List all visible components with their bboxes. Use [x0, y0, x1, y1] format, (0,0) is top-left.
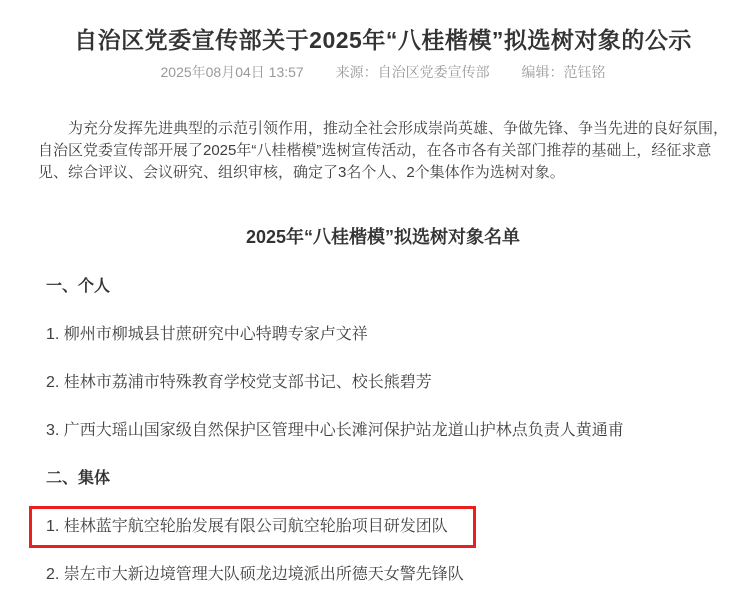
list-title: 2025年“八桂楷模”拟选树对象名单: [38, 225, 728, 250]
list-item-individual-1: 1. 柳州市柳城县甘蔗研究中心特聘专家卢文祥: [46, 324, 728, 346]
highlighted-list-item-collective-1: 1. 桂林蓝宇航空轮胎发展有限公司航空轮胎项目研发团队: [46, 516, 467, 538]
article-meta: 2025年08月04日 13:57 来源：自治区党委宣传部 编辑：范钰铭: [38, 64, 728, 81]
intro-paragraph: 为充分发挥先进典型的示范引领作用，推动全社会形成崇尚英雄、争做先锋、争当先进的良…: [38, 118, 728, 184]
editor-label: 编辑：范钰铭: [522, 64, 606, 80]
source-label: 来源：自治区党委宣传部: [336, 64, 490, 80]
page-title: 自治区党委宣传部关于2025年“八桂楷模”拟选树对象的公示: [38, 0, 728, 55]
section-heading-individuals: 一、个人: [46, 276, 728, 298]
list-item-individual-3: 3. 广西大瑶山国家级自然保护区管理中心长滩河保护站龙道山护林点负责人黄通甫: [46, 420, 728, 442]
announcement-page: 自治区党委宣传部关于2025年“八桂楷模”拟选树对象的公示 2025年08月04…: [0, 0, 750, 615]
highlight-box: 1. 桂林蓝宇航空轮胎发展有限公司航空轮胎项目研发团队: [29, 506, 476, 548]
section-heading-collectives: 二、集体: [46, 468, 728, 490]
publish-datetime: 2025年08月04日 13:57: [161, 64, 304, 80]
list-item-individual-2: 2. 桂林市荔浦市特殊教育学校党支部书记、校长熊碧芳: [46, 372, 728, 394]
list-item-collective-2: 2. 崇左市大新边境管理大队硕龙边境派出所德天女警先锋队: [46, 564, 728, 586]
